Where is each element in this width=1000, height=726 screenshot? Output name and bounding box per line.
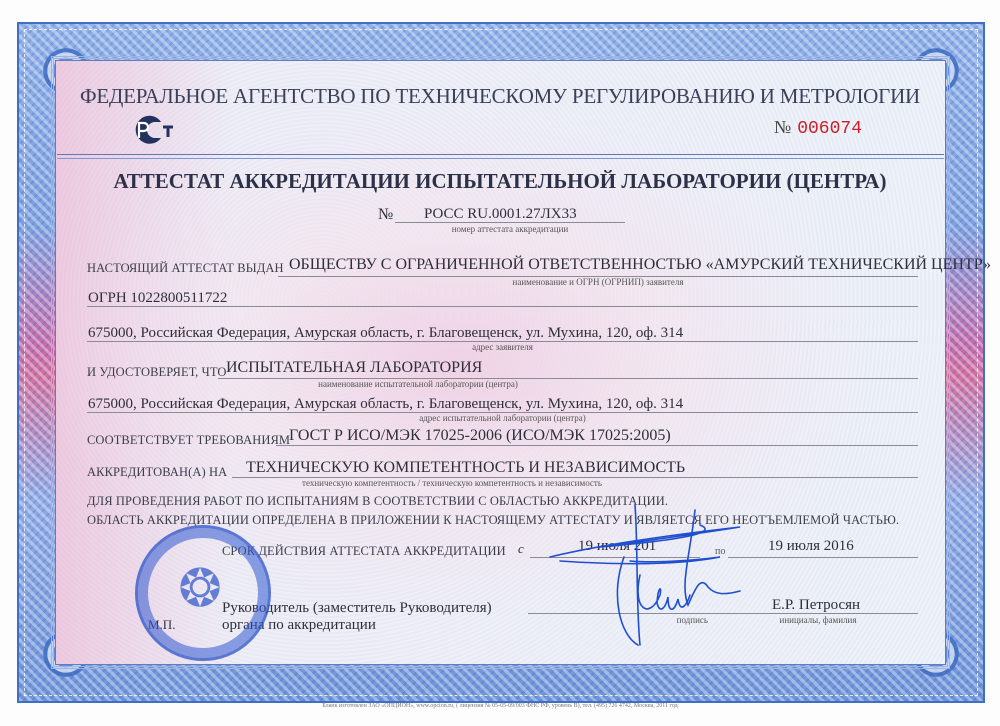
requirements-label: СООТВЕТСТВУЕТ ТРЕБОВАНИЯМ <box>87 433 290 448</box>
applicant-address-value: 675000, Российская Федерация, Амурская о… <box>88 325 683 342</box>
lab-address-value: 675000, Российская Федерация, Амурская о… <box>88 396 683 413</box>
accredited-for-value: ТЕХНИЧЕСКУЮ КОМПЕТЕНТНОСТЬ И НЕЗАВИСИМОС… <box>246 459 685 477</box>
form-serial-number: №006074 <box>774 117 862 139</box>
certificate-number: РОСС RU.0001.27ЛХ33 <box>424 206 577 223</box>
certifies-label: И УДОСТОВЕРЯЕТ, ЧТО <box>87 365 227 380</box>
validity-from-label: с <box>518 541 524 557</box>
header-divider <box>57 154 944 155</box>
double-headed-eagle-seal-icon: ❂ <box>172 560 228 620</box>
issuing-agency: ФЕДЕРАЛЬНОЕ АГЕНТСТВО ПО ТЕХНИЧЕСКОМУ РЕ… <box>0 84 1000 109</box>
handwritten-signature-icon <box>540 495 780 655</box>
printer-footnote: Бланк изготовлен ЗАО «ОПЦИОН», www.opcio… <box>0 703 1000 709</box>
header-divider <box>57 158 944 159</box>
lab-address-caption: адрес испытательной лаборатории (центра) <box>87 413 918 423</box>
signatory-name: Е.Р. Петросян <box>772 597 860 614</box>
accredited-for-caption: техническую компетентность / техническую… <box>232 478 672 488</box>
requirements-value: ГОСТ Р ИСО/МЭК 17025-2006 (ИСО/МЭК 17025… <box>289 427 671 445</box>
certificate-number-caption: номер аттестата аккредитации <box>395 224 625 234</box>
certifies-value: ИСПЫТАТЕЛЬНАЯ ЛАБОРАТОРИЯ <box>226 359 482 377</box>
accredited-for-label: АККРЕДИТОВАН(А) НА <box>87 465 227 480</box>
field-underline <box>87 306 918 307</box>
validity-to-value: 19 июля 2016 <box>768 538 854 555</box>
issued-to-value: ОБЩЕСТВУ С ОГРАНИЧЕННОЙ ОТВЕТСТВЕННОСТЬЮ… <box>289 256 991 274</box>
document-title: АТТЕСТАТ АККРЕДИТАЦИИ ИСПЫТАТЕЛЬНОЙ ЛАБО… <box>0 169 1000 194</box>
field-underline <box>276 445 918 446</box>
rst-logo-icon <box>131 114 179 146</box>
certifies-caption: наименование испытательной лаборатории (… <box>218 379 618 389</box>
applicant-address-caption: адрес заявителя <box>87 342 918 352</box>
issued-to-caption: наименование и ОГРН (ОГРНИП) заявителя <box>278 277 918 287</box>
validity-label: СРОК ДЕЙСТВИЯ АТТЕСТАТА АККРЕДИТАЦИИ <box>222 544 506 559</box>
ogrn-value: ОГРН 1022800511722 <box>88 290 227 307</box>
serial-prefix: № <box>774 117 791 137</box>
serial-value: 006074 <box>797 119 862 139</box>
issued-to-label: НАСТОЯЩИЙ АТТЕСТАТ ВЫДАН <box>87 261 284 276</box>
certificate-number-prefix: № <box>378 206 393 224</box>
